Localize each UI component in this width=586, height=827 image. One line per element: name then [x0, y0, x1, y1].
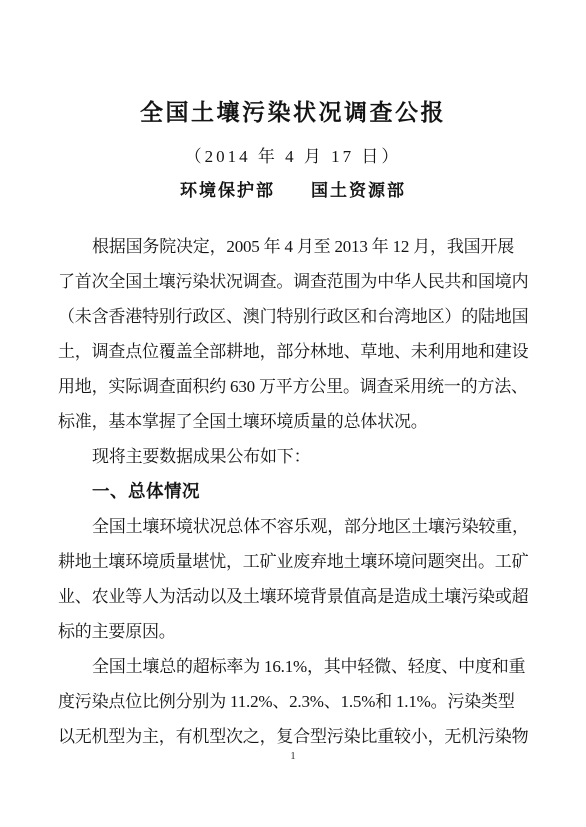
body-line: 标的主要原因。: [58, 614, 528, 649]
body-line: （未含香港特别行政区、澳门特别行政区和台湾地区）的陆地国: [58, 299, 528, 334]
document-date: （2014 年 4 月 17 日）: [0, 144, 586, 170]
body-line: 土，调查点位覆盖全部耕地，部分林地、草地、未利用地和建设: [58, 334, 528, 369]
body-line: 度污染点位比例分别为 11.2%、2.3%、1.5%和 1.1%。污染类型: [58, 684, 528, 719]
page-number: 1: [0, 750, 586, 762]
body-line: 业、农业等人为活动以及土壤环境背景值高是造成土壤污染或超: [58, 579, 528, 614]
body-line: 用地，实际调查面积约 630 万平方公里。调查采用统一的方法、: [58, 369, 528, 404]
body-line: 全国土壤总的超标率为 16.1%，其中轻微、轻度、中度和重: [58, 649, 528, 684]
body-line: 耕地土壤环境质量堪忧，工矿业废弃地土壤环境问题突出。工矿: [58, 544, 528, 579]
document-page: 全国土壤污染状况调查公报 （2014 年 4 月 17 日） 环境保护部 国土资…: [0, 0, 586, 827]
issuer-environment-ministry: 环境保护部: [180, 179, 275, 203]
body-line: 全国土壤环境状况总体不容乐观，部分地区土壤污染较重，: [58, 509, 528, 544]
document-issuers: 环境保护部 国土资源部: [0, 179, 586, 203]
body-line: 标准，基本掌握了全国土壤环境质量的总体状况。: [58, 404, 528, 439]
body-line: 了首次全国土壤污染状况调查。调查范围为中华人民共和国境内: [58, 264, 528, 299]
body-line: 以无机型为主，有机型次之，复合型污染比重较小，无机污染物: [58, 719, 528, 754]
body-line: 根据国务院决定，2005 年 4 月至 2013 年 12 月，我国开展: [58, 229, 528, 264]
page-title: 全国土壤污染状况调查公报: [0, 96, 586, 130]
body-line: 现将主要数据成果公布如下：: [58, 439, 528, 474]
issuer-land-resources-ministry: 国土资源部: [311, 179, 406, 203]
section-heading-overall-situation: 一、总体情况: [58, 474, 528, 509]
document-body: 根据国务院决定，2005 年 4 月至 2013 年 12 月，我国开展 了首次…: [58, 229, 528, 754]
